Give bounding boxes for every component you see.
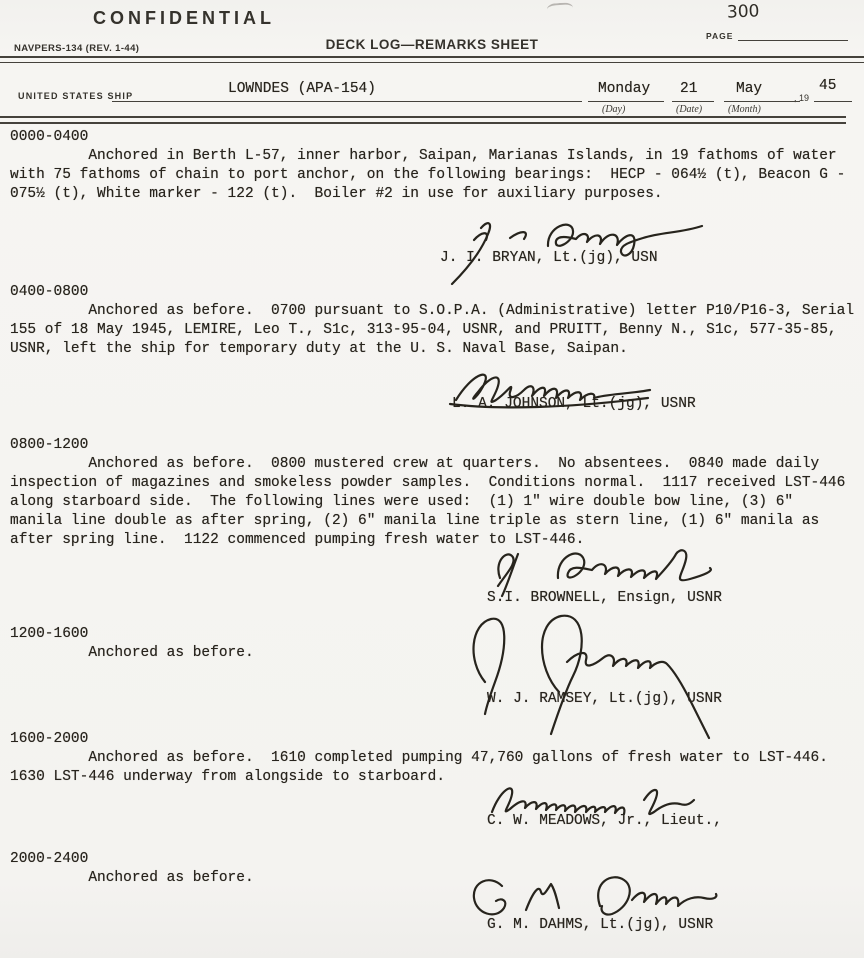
entry-time-range: 0000-0400 bbox=[10, 128, 88, 147]
signature-script-ramsey bbox=[455, 612, 745, 744]
entry-remarks-text: Anchored in Berth L-57, inner harbor, Sa… bbox=[10, 147, 845, 204]
date-month-caption: (Month) bbox=[728, 104, 761, 115]
date-date: 21 bbox=[680, 80, 697, 99]
entry-remarks-text: Anchored as before. bbox=[10, 644, 254, 663]
date-day-line bbox=[588, 101, 664, 102]
deck-log-remarks-sheet: CONFIDENTIAL 300 PAGE NAVPERS-134 (REV. … bbox=[0, 0, 864, 958]
date-month: May bbox=[736, 80, 762, 99]
entry-remarks-text: Anchored as before. bbox=[10, 869, 254, 888]
entry-remarks-text: Anchored as before. 0700 pursuant to S.O… bbox=[10, 302, 854, 359]
date-year-line bbox=[814, 101, 852, 102]
header-rule bbox=[0, 56, 864, 63]
entry-remarks-text: Anchored as before. 0800 mustered crew a… bbox=[10, 455, 845, 550]
date-date-caption: (Date) bbox=[676, 104, 702, 115]
signature-typed-name: C. W. MEADOWS, Jr., Lieut., bbox=[487, 812, 722, 831]
signature-typed-name: L. A. JOHNSON, Lt.(jg), USNR bbox=[452, 395, 696, 414]
ship-name-line bbox=[112, 101, 582, 102]
entry-time-range: 2000-2400 bbox=[10, 850, 88, 869]
entry-time-range: 0800-1200 bbox=[10, 436, 88, 455]
date-month-line bbox=[724, 101, 800, 102]
classification-stamp: CONFIDENTIAL bbox=[93, 8, 275, 29]
form-title: DECK LOG—REMARKS SHEET bbox=[0, 37, 864, 52]
page-number-handwritten: 300 bbox=[727, 1, 760, 22]
date-day: Monday bbox=[598, 80, 650, 99]
signature-typed-name: G. M. DAHMS, Lt.(jg), USNR bbox=[487, 916, 713, 935]
entry-time-range: 1200-1600 bbox=[10, 625, 88, 644]
signature-typed-name: W. J. RAMSEY, Lt.(jg), USNR bbox=[487, 690, 722, 709]
scan-artifact bbox=[547, 2, 574, 15]
entry-time-range: 1600-2000 bbox=[10, 730, 88, 749]
signature-typed-name: J. I. BRYAN, Lt.(jg), USN bbox=[440, 249, 658, 268]
header-bottom-rule bbox=[0, 116, 846, 124]
date-date-line bbox=[672, 101, 714, 102]
entry-remarks-text: Anchored as before. 1610 completed pumpi… bbox=[10, 749, 828, 787]
date-year: 45 bbox=[819, 77, 836, 96]
ship-name: LOWNDES (APA-154) bbox=[228, 80, 376, 99]
ship-label: UNITED STATES SHIP bbox=[18, 91, 133, 101]
signature-typed-name: S.I. BROWNELL, Ensign, USNR bbox=[487, 589, 722, 608]
date-day-caption: (Day) bbox=[602, 104, 625, 115]
entry-time-range: 0400-0800 bbox=[10, 283, 88, 302]
